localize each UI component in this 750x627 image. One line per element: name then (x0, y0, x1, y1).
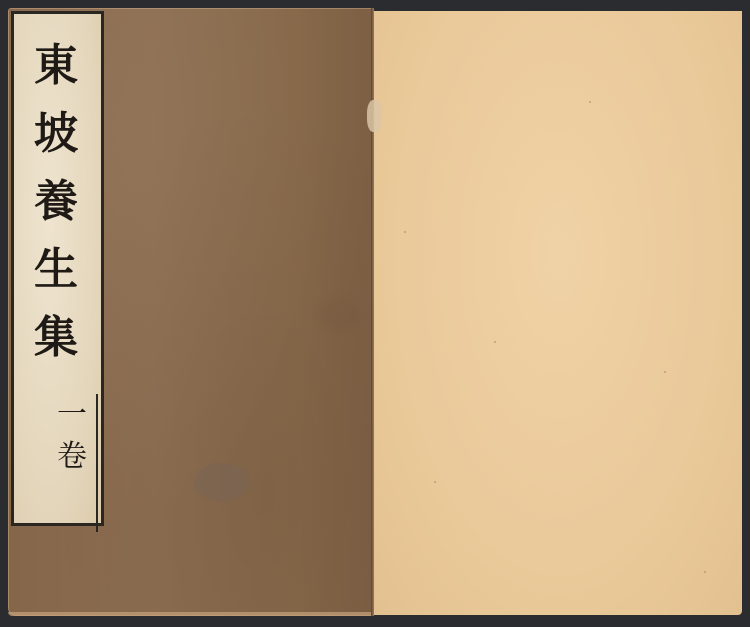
title-char: 坡 (34, 100, 78, 168)
blank-page (374, 11, 742, 615)
title-char: 生 (34, 236, 78, 304)
title-char: 東 (34, 32, 78, 100)
title-char: 養 (34, 168, 78, 236)
volume-char: 卷 (57, 436, 87, 478)
cover-worn-edge (8, 612, 372, 616)
title-label: 東 坡 養 生 集 一 卷 (11, 11, 104, 526)
title-char: 集 (34, 304, 78, 372)
paper-speck (434, 481, 436, 483)
paper-speck (664, 371, 666, 373)
book-scan: 東 坡 養 生 集 一 卷 (0, 0, 750, 627)
paper-speck (589, 101, 591, 103)
paper-speck (494, 341, 496, 343)
paper-speck (404, 231, 406, 233)
water-stain (194, 463, 249, 501)
label-divider-line (96, 394, 98, 532)
volume-char: 一 (57, 394, 87, 436)
book-title: 東 坡 養 生 集 (26, 32, 86, 372)
volume-count: 一 卷 (52, 394, 92, 478)
faint-stain (320, 300, 360, 330)
paper-tear (367, 100, 382, 132)
paper-speck (704, 571, 706, 573)
